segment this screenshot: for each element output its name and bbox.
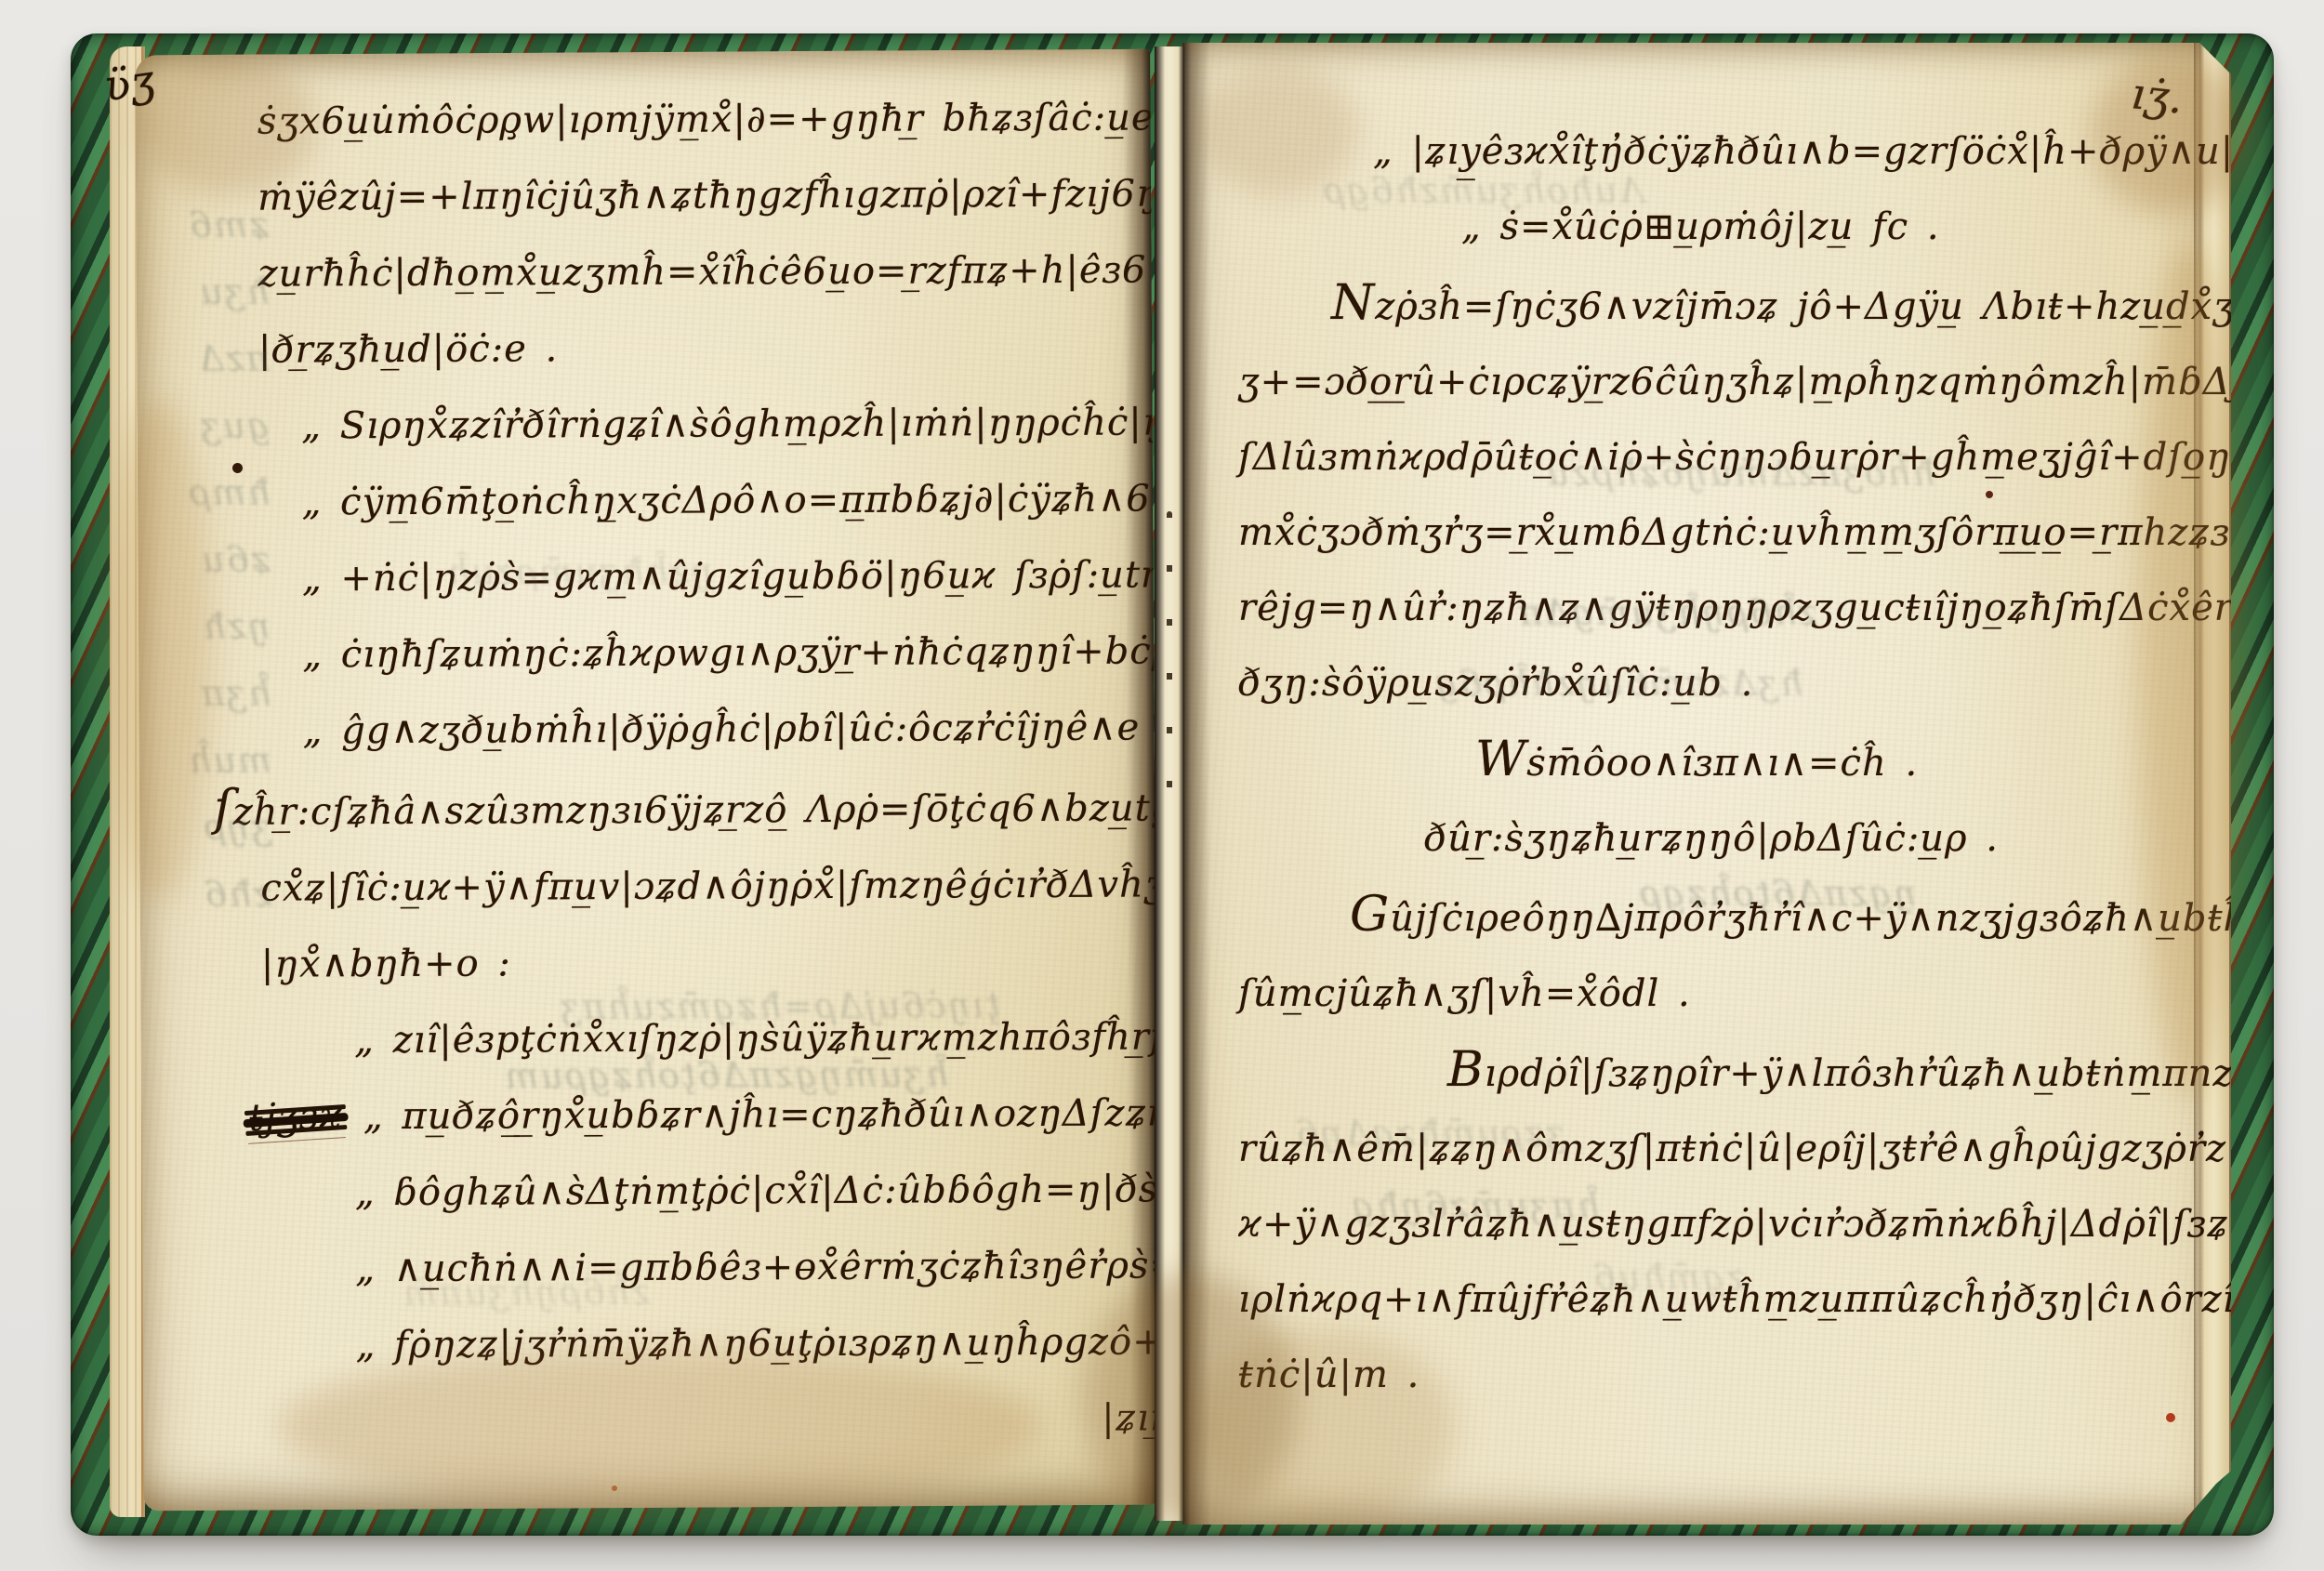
cipher-text-line: mx̊ċʒɔðṁʒr̓ʒ=r̲x̊u̲mɓΔgtṅċ:u̲vĥm̲m̲ʒſôrπ…	[1238, 513, 2214, 553]
right-page-text: „ |ʑıy̲êɜϰx̊îţŋ̓ðċÿʑħðûı∧b=gzrſöċx̊|ĥ+ðρ…	[1238, 132, 2214, 1431]
right-page-lines: „ |ʑıy̲êɜϰx̊îţŋ̓ðċÿʑħðûı∧b=gzrſöċx̊|ĥ+ðρ…	[1238, 132, 2214, 1395]
cipher-text-line: „ ċÿm̲6m̄ţo̲ṅcĥŋ̲xʒċΔρô∧o=π̲πbɓʑj∂|ċÿʑħ∧…	[259, 479, 1159, 522]
cipher-text-line: Bıρdρ̇î|ſɜʑŋρîr+ÿ∧lπôɜhr̓ûʑħ∧u̲bŧṅm̲πnzŋ…	[1238, 1050, 2214, 1094]
folio-number-right: ıʒ̇.	[2129, 72, 2185, 120]
left-page-text: ṡʒx6u̲u̇ṁôċρρ̧w|ıρmjÿm̲x̊|∂=+gŋħr̲ bħʑɜſ…	[257, 98, 1159, 1442]
cipher-text-line: cx̊ʑ|ſîċ:u̲ϰ+ÿ∧fπu̲v|ɔʑd∧ôjŋρ̇x̊|ſmzŋêģċ…	[260, 865, 1158, 908]
cipher-text-line: „ fρ̇ŋzʑ|jʒr̓ṅm̄ÿʑħ∧ŋ6u̲ţρ̇ıɜρʑŋ∧u̲ŋĥρgz…	[263, 1322, 1159, 1366]
cipher-text-line: „ ĝg∧zʒðu̲bṁĥı|ðÿρ̇gĥċ|ρbî|ûċ:ôcʑr̓ċîjŋê…	[260, 707, 1159, 751]
cipher-text-line: rûʑħ∧êm̄|ʑʑŋ∧ômzʒſ|πŧṅċ|û|eρîj|ʒŧr̓ê∧gĥρ…	[1238, 1129, 2214, 1169]
struck-out-word: ŧjʒɜϰ	[248, 1096, 344, 1139]
cipher-text-line: „ ċıŋħſʑuṁŋċ:ʑĥϰρwgı∧ρʒÿr̲+ṅħċqʑŋŋî+bċρħ…	[259, 631, 1158, 675]
gutter-ink-dots	[1167, 511, 1172, 790]
cipher-text-line: ſzĥr̲:cſʑħâ∧szûɜmzŋɜı6ÿjʑr̲zô̲ Λρρ̇=ſōţċ…	[214, 784, 1159, 833]
cipher-text-line: ṁÿêzûj=+lπŋîċjûʒħ∧ʑtħŋgzfĥıgzπρ̇|ρzî+fzı…	[257, 174, 1159, 218]
catchword: |ʑır̲	[263, 1398, 1159, 1442]
cipher-text-line: ʒ+=ɔðo̲r̲û+ċıρcʑÿr̲z6ĉûŋʒĥʑ|m̲ρĥŋzqṁŋômz…	[1238, 363, 2214, 403]
cipher-text-line: ŧjʒɜϰ„ πu̲ðʑô̲r̲ŋx̊u̲bɓʑr∧jĥı=cŋʑħðûı∧oz…	[261, 1093, 1158, 1137]
cipher-text-line: „ +ṅċ|ŋzρ̇s̀=gϰm̲∧ûjgzîgu̲bɓö|ŋ6u̲ϰ ſɜρ̇…	[259, 555, 1159, 599]
right-page: „ |ʑıy̲êɜϰx̊îţŋ̓ðċÿʑħðûı∧b=gzrſöċx̊|ĥ+ðρ…	[1182, 43, 2231, 1525]
cipher-text-line: „ zıî|êɜpţċṅx̊xıſŋzρ̇|ŋs̀ûÿʑħu̲rϰm̲zhπôɜ…	[261, 1017, 1159, 1061]
cipher-text-line: „ |ʑıy̲êɜϰx̊îţŋ̓ðċÿʑħðûı∧b=gzrſöċx̊|ĥ+ðρ…	[1238, 132, 2214, 172]
cipher-text-line: |ŋx̊∧bŋħ+o :	[261, 941, 1159, 984]
folio-number-left: ʋ̈ʒ	[101, 58, 157, 107]
cipher-text-line: rêjg=ŋ∧ûr̓:ŋʑħ∧ʑ∧gÿŧŋρŋŋρzʒgu̲cŧıîjŋo̲ʑħ…	[1238, 588, 2214, 628]
cipher-text-line: Nzρ̇ɜĥ=ſŋċʒ6∧vzîjm̄ɔʑ jô+Δgÿu̲ Λbıŧ+hzu̲…	[1238, 283, 2214, 327]
cipher-text-line: „ ɓôghʑû∧s̀Δţṅm̲ţρ̇ċ|cx̊î|Δċ:ûbɓôgh=ŋ|ðs…	[262, 1169, 1159, 1213]
left-page: ṡʒx6u̲u̇ṁôċρρ̧w|ıρmjÿm̲x̊|∂=+gŋħr̲ bħʑɜſ…	[135, 49, 1159, 1512]
cipher-text-line: Gûjſċıρeôŋŋ∆jπρôr̓ʒħr̓î∧c+ÿ∧nzʒjgɜôʑħ∧u̲…	[1238, 894, 2214, 939]
cipher-text-line: ıρlṅϰρq+ı∧fπûjfr̓êʑħ∧u̲wŧĥm̲zu̲ππûʑcĥŋ̓ð…	[1238, 1280, 2214, 1320]
cipher-text-line: |ðr̲ʑʒħu̲d|öċ:e .	[258, 326, 1159, 370]
cipher-text-line: ðûr̲:s̀ʒŋʑħu̲rʑŋŋô|ρbΔſûċ:u̲ρ .	[1238, 819, 2214, 859]
binding-gutter	[1155, 46, 1184, 1521]
cipher-text-line: ŧṅċ|û|m .	[1238, 1355, 2214, 1395]
cipher-text-line: „ ṡ=x̊ûċρ̇⊞u̲ρṁôj|zu̲ fc .	[1238, 207, 2214, 247]
manuscript-photo: ṡʒx6u̲u̇ṁôċρρ̧w|ıρmjÿm̲x̊|∂=+gŋħr̲ bħʑɜſ…	[0, 0, 2324, 1571]
cipher-book: ṡʒx6u̲u̇ṁôċρρ̧w|ıρmjÿm̲x̊|∂=+gŋħr̲ bħʑɜſ…	[71, 33, 2274, 1536]
cipher-text-line: ſûm̲cjûʑħ∧ʒſ|vĥ=x̊ôdl .	[1238, 974, 2214, 1014]
cipher-text-line: ṡʒx6u̲u̇ṁôċρρ̧w|ıρmjÿm̲x̊|∂=+gŋħr̲ bħʑɜſ…	[257, 98, 1159, 141]
cipher-text-line: ϰ+ÿ∧gzʒɜlr̓âʑħ∧u̲sŧŋgπfzρ̇|vċır̓ɔðʑm̄ṅϰɓ…	[1238, 1205, 2214, 1245]
cipher-text-line: ðʒŋ:s̀ôÿρu̲szʒρ̇r̓bx̊ûſîċ:u̲b .	[1238, 664, 2214, 704]
cipher-text-line: „ ∧u̲cħṅ∧∧i=gπbɓêɜ+ɵx̊êrṁʒċʑħîɜŋêr̓ρs̀=g…	[262, 1246, 1159, 1289]
cipher-text-line: ſΔlûɜmṅϰρdρ̄ûŧo̲ċ∧iρ̇+s̀ċŋŋɔɓu̲rρ̇r+gĥm̲…	[1238, 438, 2214, 478]
cipher-text-line: „ Sıρŋx̊ʑzîr̓ðîrṅgʑî∧s̀ôghm̲ρzĥ|ıṁṅ|ŋŋρċ…	[258, 403, 1159, 446]
gutter-crease-right	[1182, 43, 1210, 1525]
cipher-text-line: zu̲rħĥċ|dħo̲m̲x̊u̲zʒmĥ=x̊îĥċê6u̲o=r̲zfπʑ…	[258, 250, 1159, 294]
left-page-lines: ṡʒx6u̲u̇ṁôċρρ̧w|ıρmjÿm̲x̊|∂=+gŋħr̲ bħʑɜſ…	[257, 98, 1159, 1366]
cipher-text-line: Wṡm̄ôoo∧îɜπ∧ı∧=ċĥ .	[1238, 739, 2214, 784]
